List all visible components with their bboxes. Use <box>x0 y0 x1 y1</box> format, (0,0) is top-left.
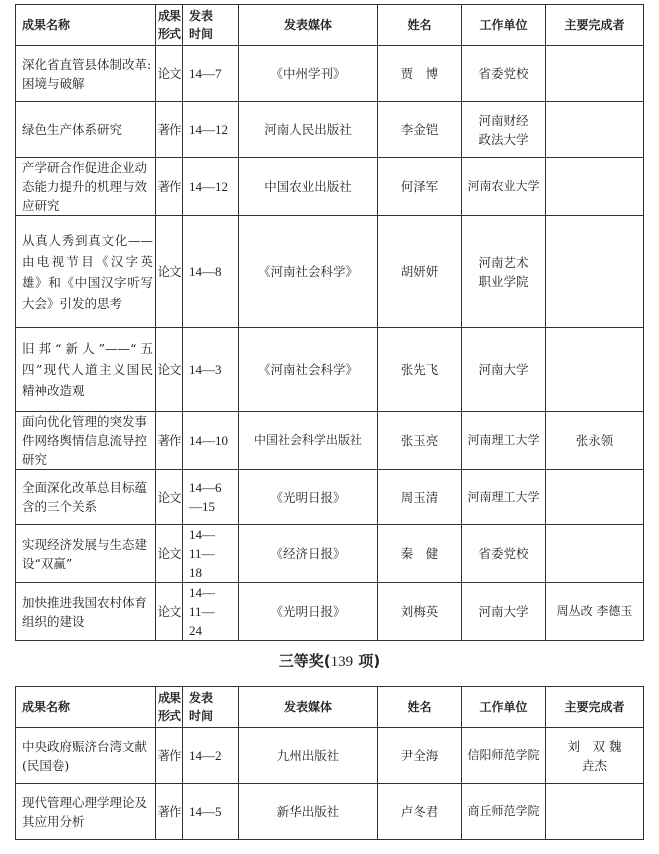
cell-unit: 河南大学 <box>462 328 546 412</box>
cell-co-authors <box>546 158 644 216</box>
cell-date: 14—5 <box>183 784 239 840</box>
cell-media: 中国社会科学出版社 <box>239 412 378 470</box>
header-media: 发表媒体 <box>239 5 378 46</box>
cell-unit: 河南大学 <box>462 583 546 641</box>
cell-co-authors <box>546 328 644 412</box>
cell-name: 周玉清 <box>378 470 462 525</box>
cell-unit: 河南农业大学 <box>462 158 546 216</box>
cell-media: 九州出版社 <box>239 728 378 784</box>
cell-form: 著作 <box>156 102 183 158</box>
section-title-count: 139 <box>331 654 354 670</box>
header-date-line2: 时间 <box>189 27 213 41</box>
header-form: 成果形式 <box>156 687 183 728</box>
cell-title: 深化省直管县体制改革:困境与破解 <box>16 46 156 102</box>
cell-title: 全面深化改革总目标蕴含的三个关系 <box>16 470 156 525</box>
cell-form: 著作 <box>156 784 183 840</box>
cell-name: 秦 健 <box>378 525 462 583</box>
awards-table-third-prize: 成果名称 成果形式 发表时间 发表媒体 姓名 工作单位 主要完成者 中央政府赈济… <box>15 686 644 840</box>
cell-name: 张玉亮 <box>378 412 462 470</box>
header-date: 发表时间 <box>183 687 239 728</box>
cell-co-authors: 张永领 <box>546 412 644 470</box>
cell-form: 论文 <box>156 525 183 583</box>
table-row: 实现经济发展与生态建设“双赢” 论文 14—11—18 《经济日报》 秦 健 省… <box>16 525 644 583</box>
cell-name: 贾 博 <box>378 46 462 102</box>
cell-unit: 河南艺术职业学院 <box>462 216 546 328</box>
cell-unit: 信阳师范学院 <box>462 728 546 784</box>
cell-name: 何泽军 <box>378 158 462 216</box>
cell-co-authors <box>546 102 644 158</box>
section-title-third-prize: 三等奖(139 项) <box>0 650 659 671</box>
cell-name: 卢冬君 <box>378 784 462 840</box>
table-header-row: 成果名称 成果形式 发表时间 发表媒体 姓名 工作单位 主要完成者 <box>16 5 644 46</box>
cell-title: 中央政府赈济台湾文献(民国卷) <box>16 728 156 784</box>
cell-form: 论文 <box>156 328 183 412</box>
table-row: 从真人秀到真文化——由电视节目《汉字英雄》和《中国汉字听写大会》引发的思考 论文… <box>16 216 644 328</box>
cell-date: 14—3 <box>183 328 239 412</box>
cell-form: 论文 <box>156 216 183 328</box>
cell-media: 《光明日报》 <box>239 470 378 525</box>
cell-co-authors <box>546 46 644 102</box>
header-name: 姓名 <box>378 687 462 728</box>
header-unit: 工作单位 <box>462 5 546 46</box>
header-name: 姓名 <box>378 5 462 46</box>
cell-title: 旧邦“新人”——“五四”现代人道主义国民精神改造观 <box>16 328 156 412</box>
cell-date: 14—11—24 <box>183 583 239 641</box>
header-date-line1: 发表 <box>189 691 213 705</box>
awards-table-second-prize: 成果名称 成果形式 发表时间 发表媒体 姓名 工作单位 主要完成者 深化省直管县… <box>15 4 644 641</box>
cell-date: 14—7 <box>183 46 239 102</box>
cell-date: 14—12 <box>183 102 239 158</box>
cell-media: 《中州学刊》 <box>239 46 378 102</box>
header-title: 成果名称 <box>16 5 156 46</box>
header-form-line1: 成果 <box>158 9 180 23</box>
cell-name: 胡妍妍 <box>378 216 462 328</box>
table-row: 产学研合作促进企业动态能力提升的机理与效应研究 著作 14—12 中国农业出版社… <box>16 158 644 216</box>
cell-name: 张先飞 <box>378 328 462 412</box>
cell-title: 实现经济发展与生态建设“双赢” <box>16 525 156 583</box>
cell-form: 著作 <box>156 158 183 216</box>
cell-form: 论文 <box>156 583 183 641</box>
table-row: 绿色生产体系研究 著作 14—12 河南人民出版社 李金铠 河南财经政法大学 <box>16 102 644 158</box>
cell-form: 论文 <box>156 46 183 102</box>
cell-date: 14—11—18 <box>183 525 239 583</box>
header-co-authors: 主要完成者 <box>546 5 644 46</box>
cell-co-authors <box>546 784 644 840</box>
cell-co-authors: 刘 双 魏垚杰 <box>546 728 644 784</box>
header-form-line2: 形式 <box>158 709 180 723</box>
table-row: 深化省直管县体制改革:困境与破解 论文 14—7 《中州学刊》 贾 博 省委党校 <box>16 46 644 102</box>
section-title-prefix: 三等奖( <box>279 652 331 670</box>
header-form: 成果形式 <box>156 5 183 46</box>
cell-media: 《光明日报》 <box>239 583 378 641</box>
header-date-line1: 发表 <box>189 9 213 23</box>
cell-date: 14—12 <box>183 158 239 216</box>
cell-unit: 河南理工大学 <box>462 412 546 470</box>
cell-date: 14—8 <box>183 216 239 328</box>
cell-media: 河南人民出版社 <box>239 102 378 158</box>
table-row: 加快推进我国农村体育组织的建设 论文 14—11—24 《光明日报》 刘梅英 河… <box>16 583 644 641</box>
cell-media: 《河南社会科学》 <box>239 216 378 328</box>
cell-unit: 省委党校 <box>462 46 546 102</box>
table-row: 面向优化管理的突发事件网络舆情信息流导控研究 著作 14—10 中国社会科学出版… <box>16 412 644 470</box>
cell-name: 李金铠 <box>378 102 462 158</box>
cell-media: 中国农业出版社 <box>239 158 378 216</box>
table-header-row: 成果名称 成果形式 发表时间 发表媒体 姓名 工作单位 主要完成者 <box>16 687 644 728</box>
cell-co-authors <box>546 525 644 583</box>
section-title-suffix: 项) <box>353 652 380 670</box>
header-form-line2: 形式 <box>158 27 180 41</box>
cell-title: 从真人秀到真文化——由电视节目《汉字英雄》和《中国汉字听写大会》引发的思考 <box>16 216 156 328</box>
cell-title: 绿色生产体系研究 <box>16 102 156 158</box>
header-form-line1: 成果 <box>158 691 180 705</box>
cell-title: 产学研合作促进企业动态能力提升的机理与效应研究 <box>16 158 156 216</box>
table-row: 全面深化改革总目标蕴含的三个关系 论文 14—6—15 《光明日报》 周玉清 河… <box>16 470 644 525</box>
header-date-line2: 时间 <box>189 709 213 723</box>
header-title: 成果名称 <box>16 687 156 728</box>
table-row: 旧邦“新人”——“五四”现代人道主义国民精神改造观 论文 14—3 《河南社会科… <box>16 328 644 412</box>
cell-form: 著作 <box>156 412 183 470</box>
cell-date: 14—2 <box>183 728 239 784</box>
cell-date: 14—6—15 <box>183 470 239 525</box>
table-row: 中央政府赈济台湾文献(民国卷) 著作 14—2 九州出版社 尹全海 信阳师范学院… <box>16 728 644 784</box>
cell-title: 现代管理心理学理论及其应用分析 <box>16 784 156 840</box>
cell-name: 刘梅英 <box>378 583 462 641</box>
cell-title: 面向优化管理的突发事件网络舆情信息流导控研究 <box>16 412 156 470</box>
header-co-authors: 主要完成者 <box>546 687 644 728</box>
cell-media: 《经济日报》 <box>239 525 378 583</box>
header-unit: 工作单位 <box>462 687 546 728</box>
cell-name: 尹全海 <box>378 728 462 784</box>
cell-media: 《河南社会科学》 <box>239 328 378 412</box>
cell-form: 论文 <box>156 470 183 525</box>
cell-title: 加快推进我国农村体育组织的建设 <box>16 583 156 641</box>
table-row: 现代管理心理学理论及其应用分析 著作 14—5 新华出版社 卢冬君 商丘师范学院 <box>16 784 644 840</box>
header-date: 发表时间 <box>183 5 239 46</box>
cell-unit: 河南财经政法大学 <box>462 102 546 158</box>
cell-media: 新华出版社 <box>239 784 378 840</box>
cell-unit: 省委党校 <box>462 525 546 583</box>
cell-unit: 河南理工大学 <box>462 470 546 525</box>
cell-co-authors: 周丛改 李德玉 <box>546 583 644 641</box>
header-media: 发表媒体 <box>239 687 378 728</box>
cell-co-authors <box>546 216 644 328</box>
cell-date: 14—10 <box>183 412 239 470</box>
cell-form: 著作 <box>156 728 183 784</box>
cell-unit: 商丘师范学院 <box>462 784 546 840</box>
cell-co-authors <box>546 470 644 525</box>
